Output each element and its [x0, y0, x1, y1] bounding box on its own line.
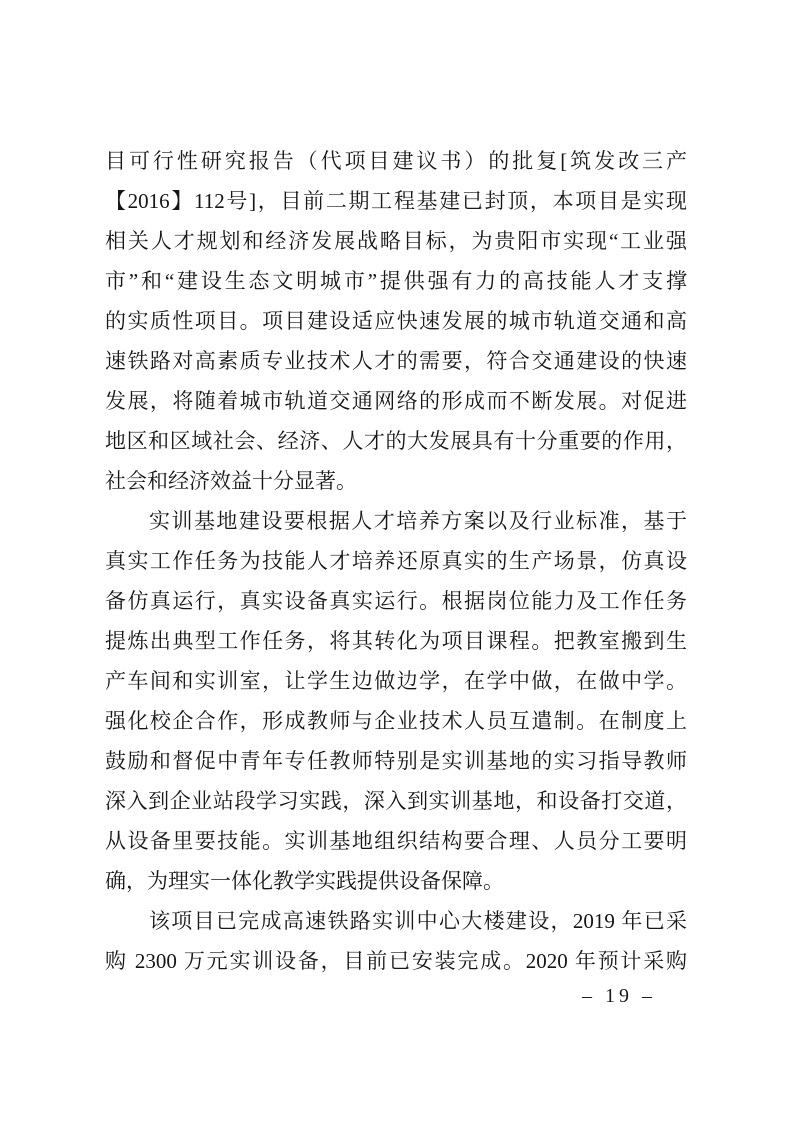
text-line: 提炼出典型工作任务，将其转化为项目课程。把教室搬到生 — [105, 621, 687, 661]
document-body: 目可行性研究报告（代项目建议书）的批复[筑发改三产【2016】112号]，目前二… — [105, 141, 687, 981]
text-line: 备仿真运行，真实设备真实运行。根据岗位能力及工作任务 — [105, 581, 687, 621]
text-line: 发展，将随着城市轨道交通网络的形成而不断发展。对促进 — [105, 381, 687, 421]
text-line: 速铁路对高素质专业技术人才的需要，符合交通建设的快速 — [105, 341, 687, 381]
text-line: 的实质性项目。项目建设适应快速发展的城市轨道交通和高 — [105, 301, 687, 341]
text-line: 真实工作任务为技能人才培养还原真实的生产场景，仿真设 — [105, 541, 687, 581]
document-page: 目可行性研究报告（代项目建议书）的批复[筑发改三产【2016】112号]，目前二… — [0, 0, 793, 1122]
paragraph: 实训基地建设要根据人才培养方案以及行业标准，基于真实工作任务为技能人才培养还原真… — [105, 501, 687, 901]
text-line: 实训基地建设要根据人才培养方案以及行业标准，基于 — [105, 501, 687, 541]
text-line: 该项目已完成高速铁路实训中心大楼建设，2019 年已采 — [105, 901, 687, 941]
text-line: 相关人才规划和经济发展战略目标，为贵阳市实现“工业强 — [105, 221, 687, 261]
text-line: 强化校企合作，形成教师与企业技术人员互遣制。在制度上 — [105, 701, 687, 741]
paragraph: 目可行性研究报告（代项目建议书）的批复[筑发改三产【2016】112号]，目前二… — [105, 141, 687, 501]
text-line: 地区和区域社会、经济、人才的大发展具有十分重要的作用， — [105, 421, 687, 461]
text-line: 购 2300 万元实训设备，目前已安装完成。2020 年预计采购 — [105, 941, 687, 981]
text-line: 深入到企业站段学习实践，深入到实训基地，和设备打交道， — [105, 781, 687, 821]
text-line: 【2016】112号]，目前二期工程基建已封顶，本项目是实现 — [105, 181, 687, 221]
text-line: 确，为理实一体化教学实践提供设备保障。 — [105, 861, 687, 901]
text-line: 社会和经济效益十分显著。 — [105, 461, 687, 501]
page-number: – 19 – — [575, 982, 663, 1010]
text-line: 市”和“建设生态文明城市”提供强有力的高技能人才支撑 — [105, 261, 687, 301]
text-line: 目可行性研究报告（代项目建议书）的批复[筑发改三产 — [105, 141, 687, 181]
text-line: 鼓励和督促中青年专任教师特别是实训基地的实习指导教师 — [105, 741, 687, 781]
text-line: 从设备里要技能。实训基地组织结构要合理、人员分工要明 — [105, 821, 687, 861]
paragraph: 该项目已完成高速铁路实训中心大楼建设，2019 年已采购 2300 万元实训设备… — [105, 901, 687, 981]
text-line: 产车间和实训室，让学生边做边学，在学中做，在做中学。 — [105, 661, 687, 701]
